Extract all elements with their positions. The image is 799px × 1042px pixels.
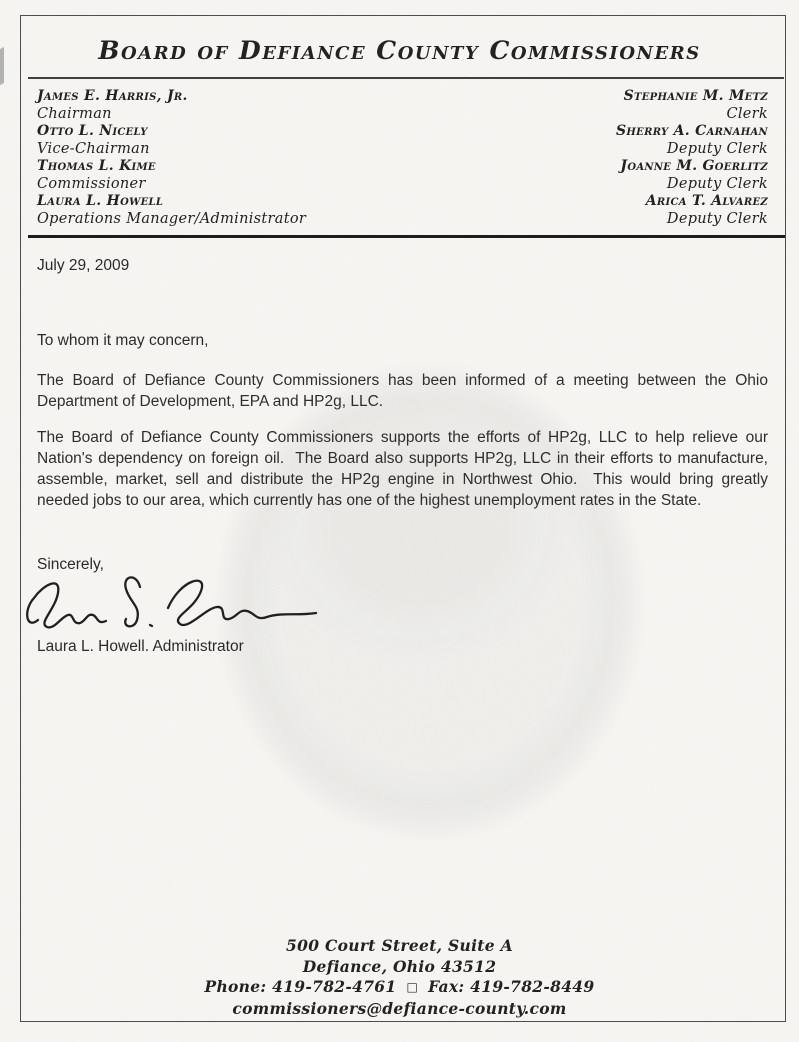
footer-email: commissioners@defiance-county.com: [0, 999, 799, 1020]
letterhead-title: Board of Defiance County Commissioners: [28, 36, 771, 65]
official-title: Vice-Chairman: [37, 141, 306, 159]
official-name: Stephanie M. Metz: [616, 88, 768, 106]
official-title: Deputy Clerk: [616, 176, 768, 194]
letter-date: July 29, 2009: [37, 257, 129, 275]
square-bullet-icon: □: [396, 980, 428, 994]
official-title: Clerk: [616, 106, 768, 124]
official-title: Chairman: [37, 106, 306, 124]
official-name: Laura L. Howell: [37, 193, 306, 211]
official-name: Thomas L. Kime: [37, 158, 306, 176]
letterhead-rule: [28, 77, 784, 79]
salutation: To whom it may concern,: [37, 332, 208, 350]
official-title: Operations Manager/Administrator: [37, 211, 306, 229]
official-title: Deputy Clerk: [616, 141, 768, 159]
body-paragraph-2: The Board of Defiance County Commissione…: [37, 427, 768, 511]
official-title: Commissioner: [37, 176, 306, 194]
officials-right-column: Stephanie M. Metz Clerk Sherry A. Carnah…: [616, 88, 768, 228]
footer-address-line2: Defiance, Ohio 43512: [0, 957, 799, 978]
letterhead-divider: [28, 235, 785, 238]
scan-artifact: [0, 47, 4, 85]
footer-phone: Phone: 419-782-4761: [205, 977, 397, 996]
footer-fax: Fax: 419-782-8449: [428, 977, 594, 996]
footer-phone-fax-line: Phone: 419-782-4761□Fax: 419-782-8449: [0, 977, 799, 999]
official-name: Joanne M. Goerlitz: [616, 158, 768, 176]
official-name: Arica T. Alvarez: [616, 193, 768, 211]
typed-signer-name: Laura L. Howell. Administrator: [37, 638, 244, 656]
officials-left-column: James E. Harris, Jr. Chairman Otto L. Ni…: [37, 88, 306, 228]
official-name: Sherry A. Carnahan: [616, 123, 768, 141]
footer-address-line1: 500 Court Street, Suite A: [0, 936, 799, 957]
scanned-letter-page: Board of Defiance County Commissioners J…: [0, 0, 799, 1042]
official-name: James E. Harris, Jr.: [37, 88, 306, 106]
footer-contact-block: 500 Court Street, Suite A Defiance, Ohio…: [0, 936, 799, 1019]
official-name: Otto L. Nicely: [37, 123, 306, 141]
body-paragraph-1: The Board of Defiance County Commissione…: [37, 370, 768, 412]
official-title: Deputy Clerk: [616, 211, 768, 229]
